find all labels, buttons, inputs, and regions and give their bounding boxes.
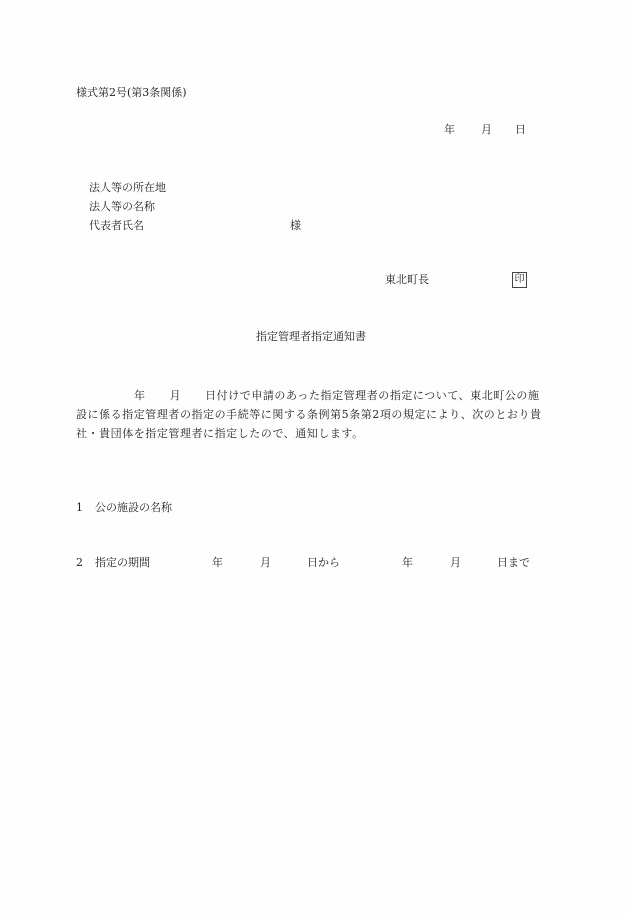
body-year-label: 年 [134,389,146,402]
seal-mark: 印 [512,272,527,288]
body-line-1: 年月日付けで申請のあった指定管理者の指定について、東北町公の施 [76,386,562,405]
date-month-label: 月 [481,124,492,135]
period-from-month: 月 [260,557,271,568]
period-to-day: 日まで [497,557,530,568]
issuer-title: 東北町長 [385,274,429,285]
body-paragraph: 年月日付けで申請のあった指定管理者の指定について、東北町公の施 設に係る指定管理… [76,386,562,443]
item-label: 公の施設の名称 [95,502,172,513]
period-from-year: 年 [212,557,223,568]
body-line-2: 設に係る指定管理者の指定の手続等に関する条例第5条第2項の規定により、次のとおり… [76,405,562,424]
body-month-label: 月 [170,389,182,402]
address-label: 法人等の所在地 [89,182,166,193]
body-line-1-text: 日付けで申請のあった指定管理者の指定について、東北町公の施 [205,389,539,402]
period-from-day: 日から [307,557,340,568]
period-to-year: 年 [402,557,413,568]
honorific: 様 [290,220,301,231]
representative-label: 代表者氏名 [89,220,144,231]
form-number: 様式第2号(第3条関係) [76,87,187,98]
date-year-label: 年 [444,124,455,135]
body-line-3: 社・貴団体を指定管理者に指定したので、通知します。 [76,424,562,443]
document-title: 指定管理者指定通知書 [256,331,366,342]
organization-name-label: 法人等の名称 [89,201,155,212]
period-to-month: 月 [450,557,461,568]
item-label: 指定の期間 [95,557,150,568]
date-day-label: 日 [515,124,526,135]
item-number: 1 [76,502,83,513]
item-number: 2 [76,557,83,568]
